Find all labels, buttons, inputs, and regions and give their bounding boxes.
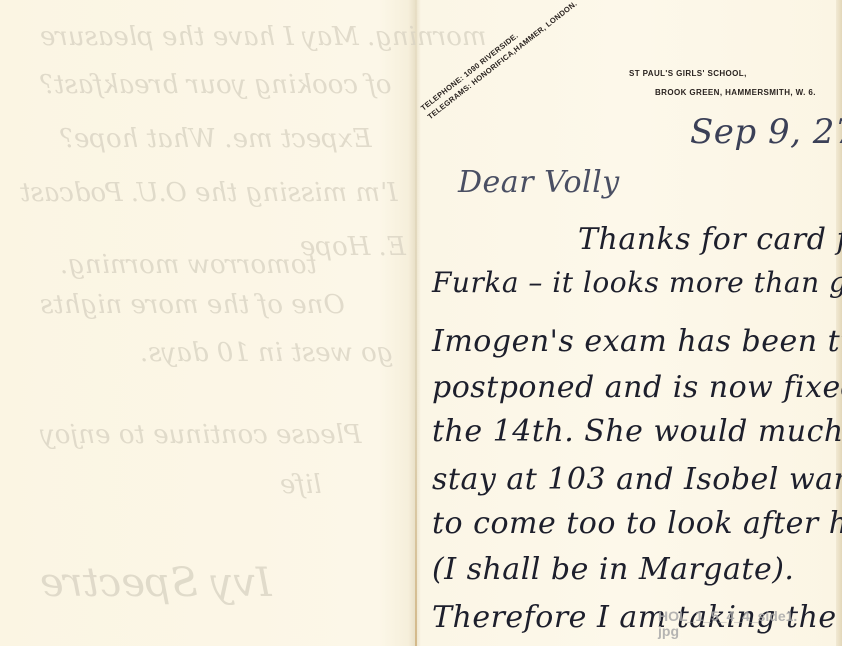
letter-salutation: Dear Volly — [458, 165, 620, 200]
letterhead-address: BROOK GREEN, HAMMERSMITH, W. 6. — [655, 88, 816, 97]
letter-line: to come too to look after her — [432, 506, 842, 541]
letter-line: the 14th. She would much like to — [432, 414, 842, 449]
watermark-line: HOL_1_5_4_4_side1. — [658, 609, 797, 624]
bleed-line: One of the more nights — [40, 290, 345, 320]
bleed-line: morning. May I have the pleasure — [40, 22, 487, 52]
bleed-signature: Ivy Spectre — [40, 560, 272, 606]
bleed-line: go west in 10 days. — [140, 338, 393, 368]
letter-line: Thanks for card from — [578, 222, 842, 257]
letter-line: stay at 103 and Isobel wants — [432, 462, 842, 497]
scan-border — [0, 646, 842, 650]
letter-line: postponed and is now fixed for — [432, 370, 842, 405]
bleed-line: tomorrow morning. — [60, 250, 317, 280]
bleed-line: Please continue to enjoy — [40, 420, 361, 450]
page-fold — [415, 0, 417, 646]
bleed-line: of cooking your breakfast? — [40, 70, 391, 100]
paper-edge — [836, 0, 842, 646]
watermark-line: jpg — [658, 624, 797, 639]
letter-line: (I shall be in Margate). — [432, 552, 794, 587]
letter-date: Sep 9, 27 — [690, 112, 842, 152]
left-page-bleed-through: morning. May I have the pleasure of cook… — [0, 0, 415, 646]
bleed-line: Expect me. What hope? — [60, 124, 372, 154]
filename-watermark: HOL_1_5_4_4_side1. jpg — [658, 609, 797, 639]
letter-line: Furka – it looks more than good. — [432, 266, 842, 299]
bleed-line: life — [280, 470, 322, 500]
letterhead-school: ST PAUL'S GIRLS' SCHOOL, — [629, 69, 747, 78]
letter-line: Imogen's exam has been twice — [432, 324, 842, 359]
bleed-line: I'm missing the O.U. Podcast — [20, 178, 398, 208]
